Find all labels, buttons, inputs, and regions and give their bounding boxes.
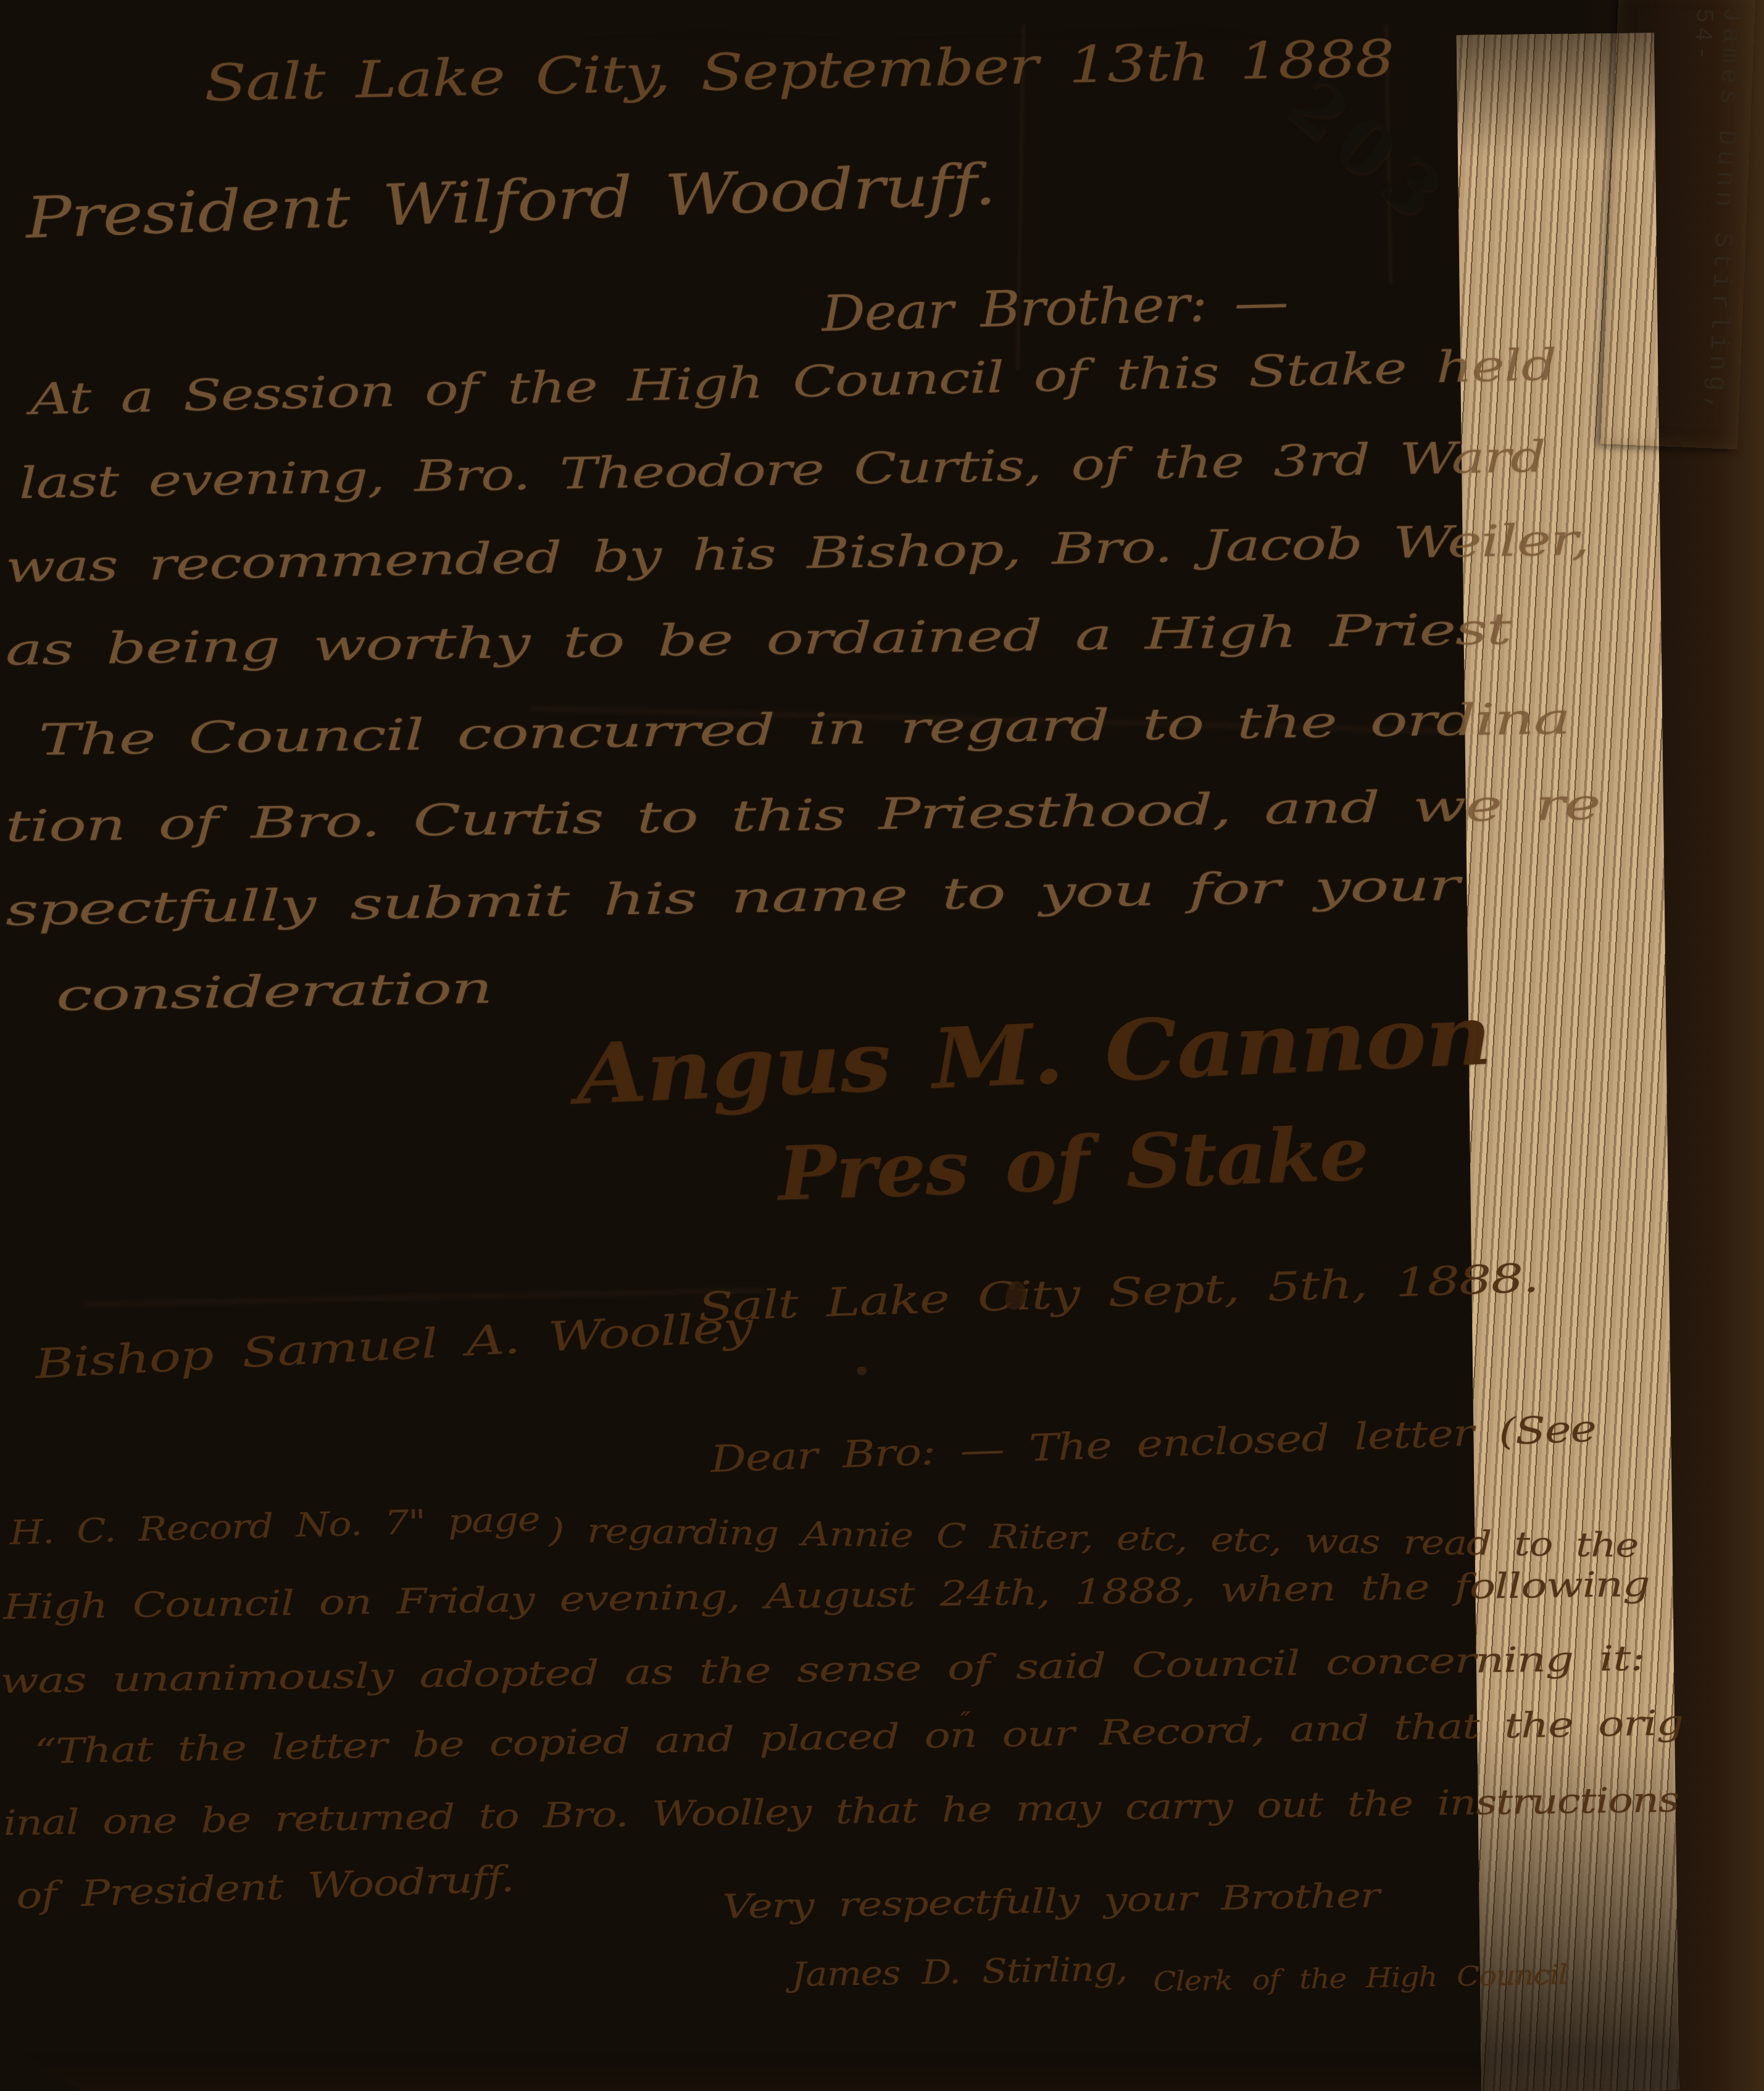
photograph-of-record-book-page: { "page_number": "203", "side_tab": { "n…	[0, 0, 1764, 2091]
archival-side-tab: James Dunn Stirling, 54-	[1600, 0, 1756, 449]
letter1-body-line: consideration	[56, 963, 493, 1021]
letter2-signature-name: James D. Stirling,	[791, 1950, 1128, 1994]
letter1-salutation: Dear Brother: —	[821, 273, 1289, 343]
ink-dot	[857, 1366, 867, 1375]
